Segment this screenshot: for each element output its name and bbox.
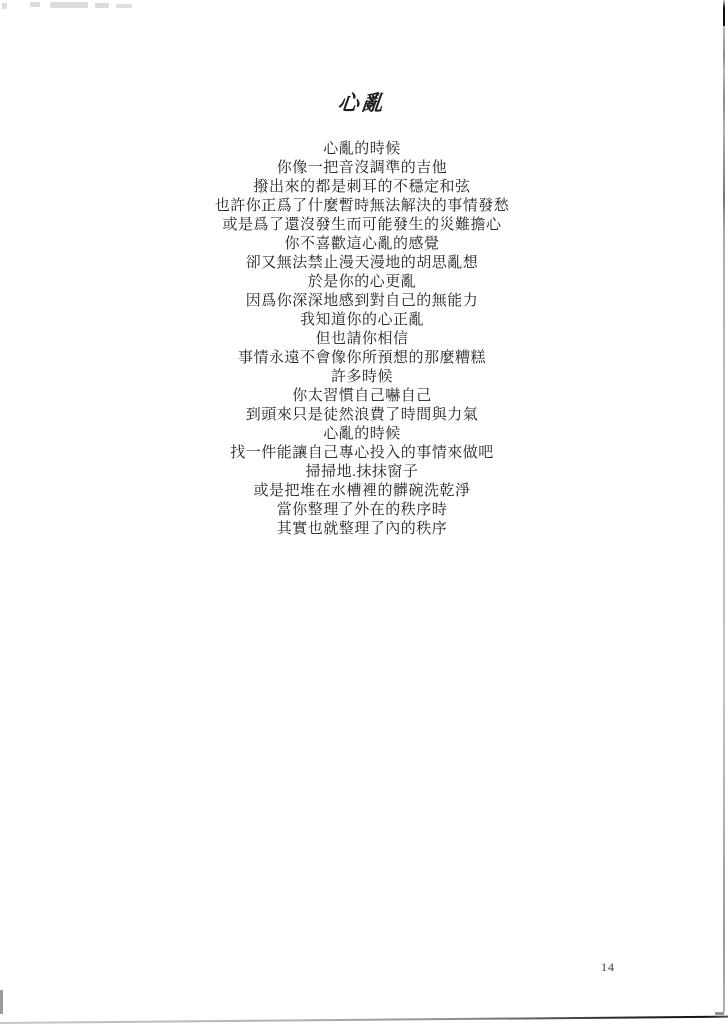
scan-edge-line-bottom <box>0 1016 728 1024</box>
poem-line: 因爲你深深地感到對自己的無能力 <box>0 292 724 311</box>
poem-line: 當你整理了外在的秩序時 <box>0 501 724 520</box>
poem-line: 到頭來只是徒然浪費了時間與力氣 <box>0 406 724 425</box>
poem-line: 你像一把音沒調準的吉他 <box>0 159 724 178</box>
poem-line: 於是你的心更亂 <box>0 273 724 292</box>
poem-line: 或是爲了還沒發生而可能發生的災難擔心 <box>0 216 724 235</box>
poem-line: 掃掃地.抹抹窗子 <box>0 463 724 482</box>
poem-line: 撥出來的都是刺耳的不穩定和弦 <box>0 178 724 197</box>
scan-edge-mark-bottom-left <box>0 990 3 1014</box>
poem-title: 心亂 <box>0 87 726 117</box>
poem-line: 其實也就整理了內的秩序 <box>0 520 724 539</box>
poem-line: 我知道你的心正亂 <box>0 311 724 330</box>
poem-line: 事情永遠不會像你所預想的那麼糟糕 <box>0 349 724 368</box>
scan-smudge <box>30 2 40 7</box>
scanned-page: 心亂 心亂的時候你像一把音沒調準的吉他撥出來的都是刺耳的不穩定和弦也許你正爲了什… <box>0 0 728 1024</box>
poem-line: 心亂的時候 <box>0 140 724 159</box>
poem-line: 也許你正爲了什麼暫時無法解決的事情發愁 <box>0 197 724 216</box>
poem-line: 或是把堆在水槽裡的髒碗洗乾淨 <box>0 482 724 501</box>
poem-line: 心亂的時候 <box>0 425 724 444</box>
scan-corner-mark <box>715 1012 724 1015</box>
poem-body: 心亂的時候你像一把音沒調準的吉他撥出來的都是刺耳的不穩定和弦也許你正爲了什麼暫時… <box>0 140 724 539</box>
poem-line: 許多時候 <box>0 368 724 387</box>
scan-smudge <box>2 3 7 9</box>
poem-line: 卻又無法禁止漫天漫地的胡思亂想 <box>0 254 724 273</box>
poem-line: 你太習慣自己嚇自己 <box>0 387 724 406</box>
poem-line: 找一件能讓自己專心投入的事情來做吧 <box>0 444 724 463</box>
scan-smudge <box>50 2 88 8</box>
poem-line: 但也請你相信 <box>0 330 724 349</box>
scan-smudge <box>116 4 132 8</box>
page-number: 14 <box>601 960 615 975</box>
poem-line: 你不喜歡這心亂的感覺 <box>0 235 724 254</box>
scan-smudge <box>95 3 109 8</box>
